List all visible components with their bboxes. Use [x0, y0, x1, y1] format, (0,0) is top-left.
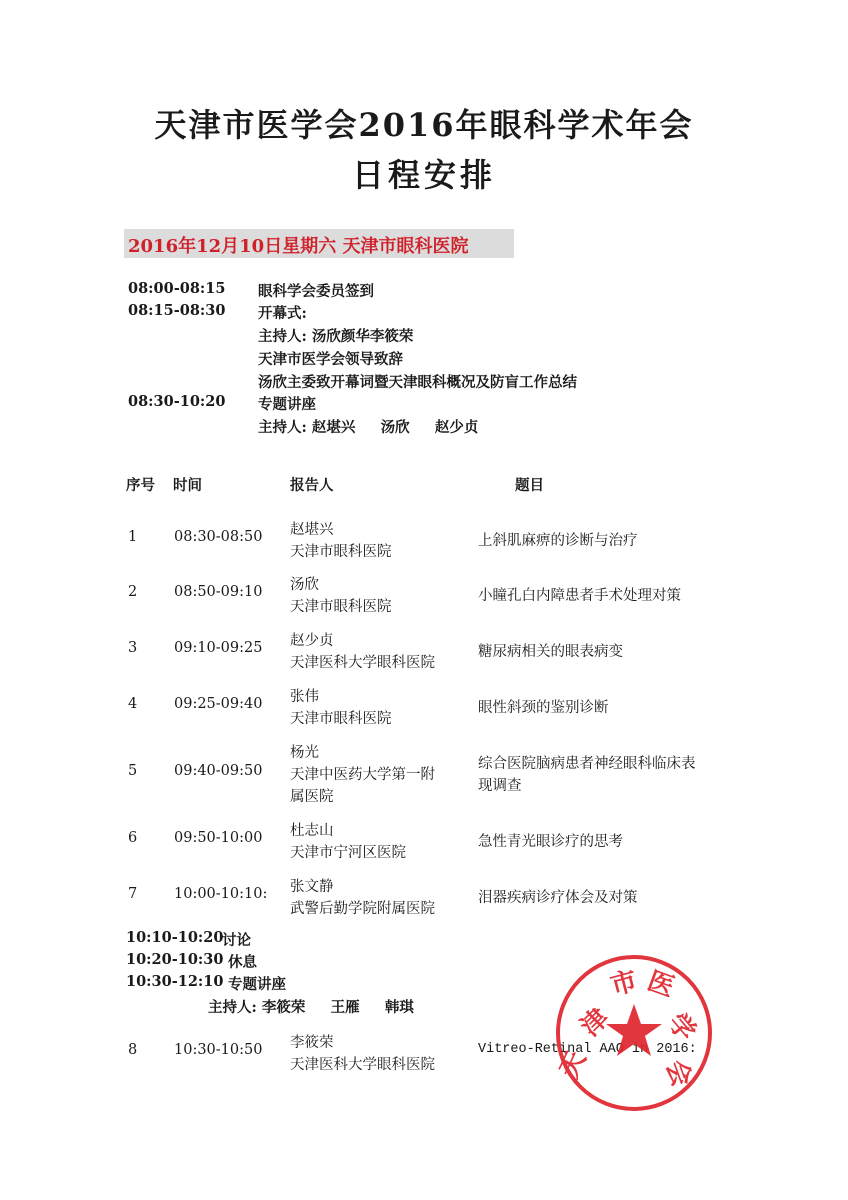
- row-speaker-name: 杜志山: [290, 819, 334, 840]
- row-no: 6: [128, 830, 137, 846]
- row-speaker-org: 天津市眼科医院: [290, 707, 392, 728]
- official-seal: 天 津 市 医 学 会: [553, 952, 715, 1114]
- row-time: 09:50-10:00: [174, 830, 262, 846]
- row-no: 4: [128, 696, 137, 712]
- schedule-item: 开幕式:: [258, 302, 307, 323]
- schedule-time: 08:15-08:30: [128, 302, 225, 319]
- document-subtitle: 日程安排: [0, 150, 848, 196]
- svg-text:学: 学: [662, 1008, 702, 1047]
- row-speaker-org-cont: 属医院: [290, 785, 334, 806]
- row-speaker-org: 天津医科大学眼科医院: [290, 651, 435, 672]
- row-no: 5: [128, 763, 137, 779]
- header-time: 时间: [173, 474, 202, 495]
- row-no: 8: [128, 1042, 137, 1058]
- row-topic: 眼性斜颈的鉴别诊断: [478, 696, 609, 717]
- star-icon: [606, 1004, 662, 1056]
- header-no: 序号: [126, 474, 155, 495]
- schedule-time: 10:10-10:20: [126, 929, 223, 946]
- row-speaker-name: 汤欣: [290, 573, 319, 594]
- schedule-item: 讨论: [222, 929, 251, 950]
- schedule-item: 眼科学会委员签到: [258, 280, 374, 301]
- row-speaker-name: 张文静: [290, 875, 334, 896]
- schedule-item: 汤欣主委致开幕词暨天津眼科概况及防盲工作总结: [258, 371, 577, 392]
- row-no: 2: [128, 584, 137, 600]
- row-speaker-name: 张伟: [290, 685, 319, 706]
- row-topic: 急性青光眼诊疗的思考: [478, 830, 623, 851]
- row-time: 08:50-09:10: [174, 584, 262, 600]
- row-no: 3: [128, 640, 137, 656]
- row-time: 10:00-10:10:: [174, 886, 267, 902]
- row-no: 1: [128, 529, 137, 545]
- schedule-item: 天津市医学会领导致辞: [258, 348, 403, 369]
- row-speaker-name: 赵少贞: [290, 629, 334, 650]
- row-time: 09:10-09:25: [174, 640, 262, 656]
- row-topic-cont: 现调查: [478, 774, 522, 795]
- schedule-time: 10:30-12:10: [126, 973, 223, 990]
- row-speaker-name: 赵堪兴: [290, 518, 334, 539]
- row-speaker-org: 天津市宁河区医院: [290, 841, 406, 862]
- svg-text:市: 市: [608, 966, 641, 1002]
- header-topic: 题目: [515, 474, 544, 495]
- header-speaker: 报告人: [290, 474, 334, 495]
- row-time: 09:25-09:40: [174, 696, 262, 712]
- schedule-item: 专题讲座: [228, 973, 286, 994]
- schedule-item: 休息: [228, 951, 257, 972]
- row-topic: 上斜肌麻痹的诊断与治疗: [478, 529, 638, 550]
- row-time: 10:30-10:50: [174, 1042, 262, 1058]
- date-venue: 2016年12月10日星期六 天津市眼科医院: [128, 232, 468, 258]
- row-speaker-org: 天津市眼科医院: [290, 595, 392, 616]
- row-time: 08:30-08:50: [174, 529, 262, 545]
- row-speaker-org: 武警后勤学院附属医院: [290, 897, 435, 918]
- row-speaker-org: 天津医科大学眼科医院: [290, 1053, 435, 1074]
- row-speaker-name: 李筱荣: [290, 1031, 334, 1052]
- schedule-hosts: 主持人: 李筱荣 王雁 韩琪: [208, 996, 414, 1017]
- row-no: 7: [128, 886, 137, 902]
- row-speaker-org: 天津市眼科医院: [290, 540, 392, 561]
- schedule-hosts: 主持人: 赵堪兴 汤欣 赵少贞: [258, 416, 478, 437]
- schedule-time: 08:00-08:15: [128, 280, 225, 297]
- document-title: 天津市医学会2016年眼科学术年会: [0, 100, 848, 146]
- row-topic: 泪器疾病诊疗体会及对策: [478, 886, 638, 907]
- row-topic: 小瞳孔白内障患者手术处理对策: [478, 584, 681, 605]
- schedule-item: 专题讲座: [258, 393, 316, 414]
- schedule-item: 主持人: 汤欣颜华李筱荣: [258, 325, 413, 346]
- schedule-time: 10:20-10:30: [126, 951, 223, 968]
- row-topic: 糖尿病相关的眼表病变: [478, 640, 623, 661]
- row-time: 09:40-09:50: [174, 763, 262, 779]
- schedule-time: 08:30-10:20: [128, 393, 225, 410]
- svg-text:医: 医: [644, 966, 679, 1003]
- svg-text:津: 津: [575, 1002, 615, 1042]
- row-speaker-name: 杨光: [290, 741, 319, 762]
- row-speaker-org: 天津中医药大学第一附: [290, 763, 435, 784]
- row-topic: 综合医院脑病患者神经眼科临床表: [478, 752, 696, 773]
